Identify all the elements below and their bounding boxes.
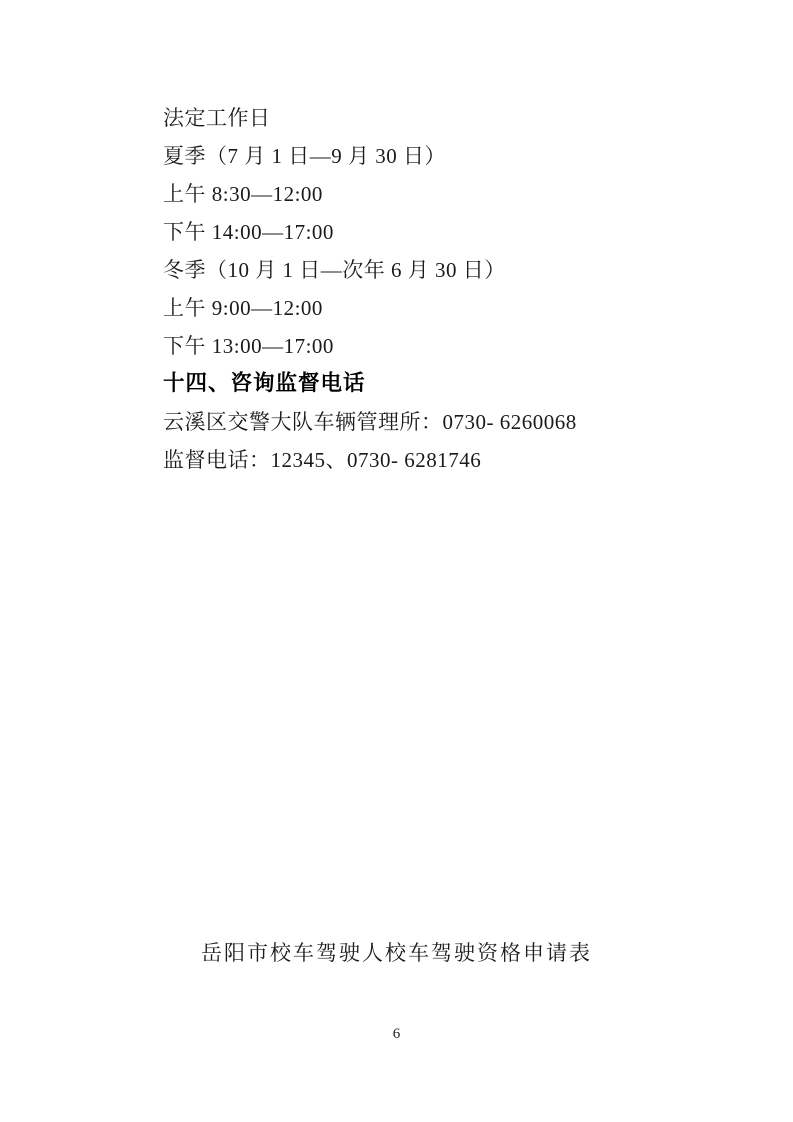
- line-summer-afternoon-hours: 下午 14:00—17:00: [163, 213, 733, 251]
- line-summer-morning-hours: 上午 8:30—12:00: [163, 175, 733, 213]
- document-page: 法定工作日 夏季（7 月 1 日—9 月 30 日） 上午 8:30—12:00…: [0, 0, 793, 1122]
- section-heading-consultation-supervision-phone: 十四、咨询监督电话: [163, 365, 733, 403]
- line-supervision-phone: 监督电话：12345、0730- 6281746: [163, 441, 733, 479]
- line-winter-morning-hours: 上午 9:00—12:00: [163, 289, 733, 327]
- line-vehicle-office-phone: 云溪区交警大队车辆管理所：0730- 6260068: [163, 403, 733, 441]
- line-winter-period: 冬季（10 月 1 日—次年 6 月 30 日）: [163, 251, 733, 289]
- line-winter-afternoon-hours: 下午 13:00—17:00: [163, 327, 733, 365]
- application-form-title: 岳阳市校车驾驶人校车驾驶资格申请表: [0, 934, 793, 972]
- document-body: 法定工作日 夏季（7 月 1 日—9 月 30 日） 上午 8:30—12:00…: [163, 99, 733, 479]
- line-legal-workdays: 法定工作日: [163, 99, 733, 137]
- line-summer-period: 夏季（7 月 1 日—9 月 30 日）: [163, 137, 733, 175]
- page-number: 6: [0, 1024, 793, 1044]
